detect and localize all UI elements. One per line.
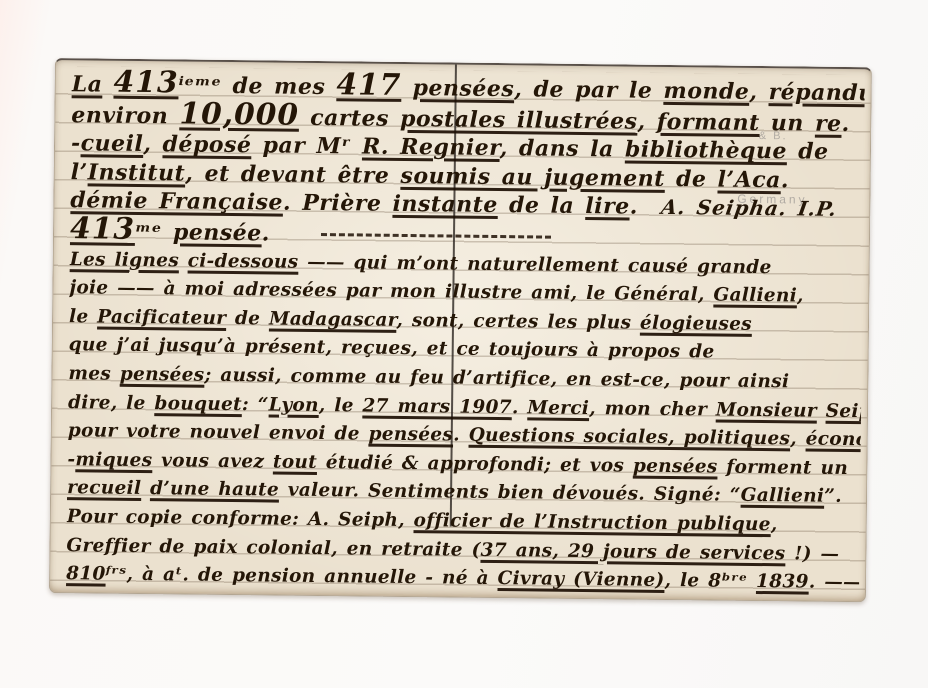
signature: A. Seipha. I.P.	[660, 193, 840, 224]
postcard: & B. Germany La 413ⁱᵉᵐᵉ de mes 417 pensé…	[49, 58, 872, 602]
dash-flourish	[321, 233, 551, 239]
line-text: 413ᵐᵉ pensée.	[70, 218, 270, 246]
handwriting: La 413ⁱᵉᵐᵉ de mes 417 pensées, de par le…	[66, 68, 865, 601]
